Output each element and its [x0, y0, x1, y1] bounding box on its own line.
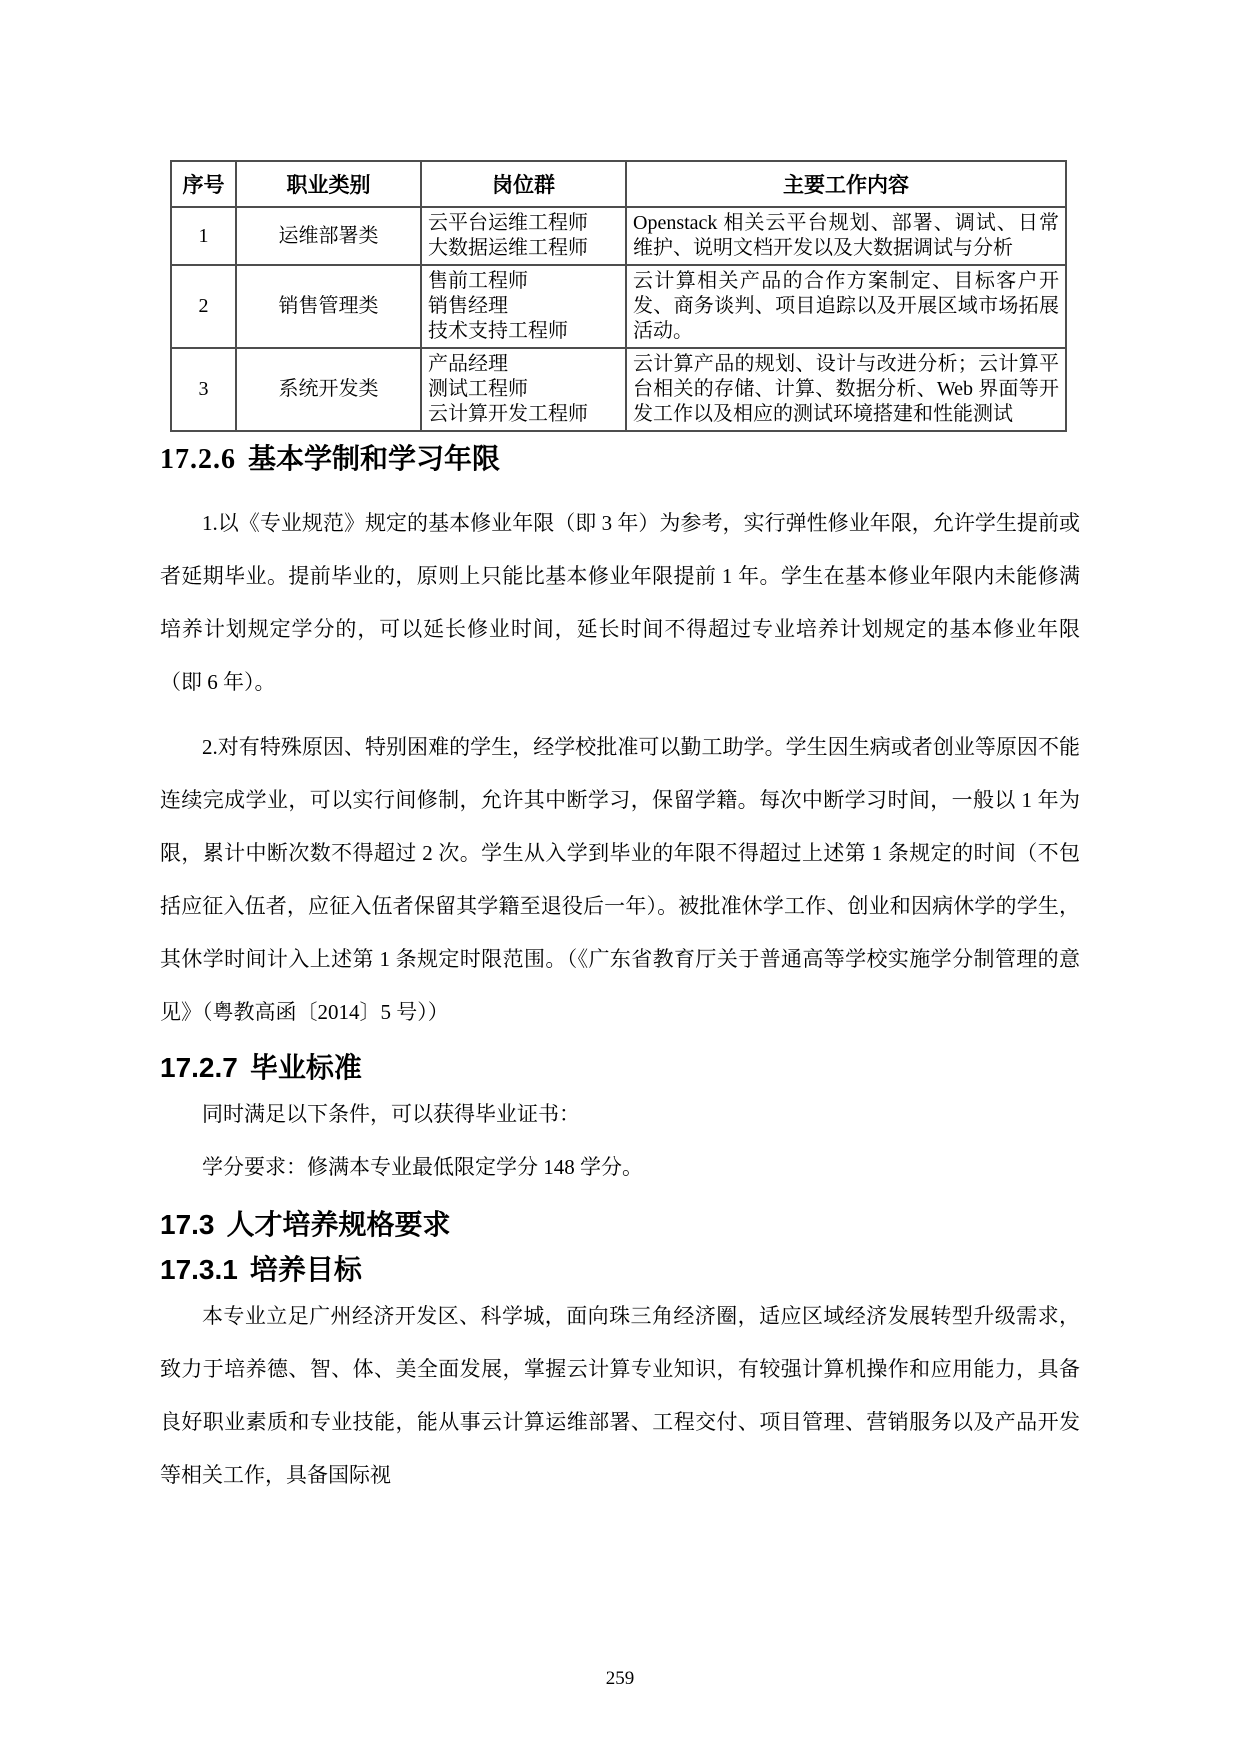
- cell-serial: 3: [171, 348, 236, 431]
- cell-positions: 售前工程师 销售经理 技术支持工程师: [421, 265, 626, 348]
- section-heading-17-3: 17.3人才培养规格要求: [160, 1206, 1080, 1245]
- position-line: 大数据运维工程师: [428, 236, 619, 261]
- paragraph-study-duration-1: 1.以《专业规范》规定的基本修业年限（即 3 年）为参考，实行弹性修业年限，允许…: [160, 497, 1080, 709]
- position-line: 云平台运维工程师: [428, 211, 619, 236]
- table-header-row: 序号 职业类别 岗位群 主要工作内容: [171, 161, 1066, 207]
- cell-serial: 1: [171, 207, 236, 265]
- header-occupation-category: 职业类别: [236, 161, 421, 207]
- section-title: 培养目标: [250, 1254, 362, 1285]
- table-row: 3 系统开发类 产品经理 测试工程师 云计算开发工程师 云计算产品的规划、设计与…: [171, 348, 1066, 431]
- cell-category: 销售管理类: [236, 265, 421, 348]
- cell-duties: Openstack 相关云平台规划、部署、调试、日常维护、说明文档开发以及大数据…: [626, 207, 1066, 265]
- paragraph-graduation-condition: 同时满足以下条件，可以获得毕业证书：: [160, 1088, 1080, 1141]
- position-line: 售前工程师: [428, 269, 619, 294]
- section-title: 基本学制和学习年限: [248, 443, 500, 474]
- paragraph-training-objective: 本专业立足广州经济开发区、科学城，面向珠三角经济圈，适应区域经济发展转型升级需求…: [160, 1290, 1080, 1502]
- cell-positions: 产品经理 测试工程师 云计算开发工程师: [421, 348, 626, 431]
- position-line: 云计算开发工程师: [428, 402, 619, 427]
- cell-serial: 2: [171, 265, 236, 348]
- cell-category: 运维部署类: [236, 207, 421, 265]
- paragraph-study-duration-2: 2.对有特殊原因、特别困难的学生，经学校批准可以勤工助学。学生因生病或者创业等原…: [160, 721, 1080, 1039]
- section-heading-17-2-7: 17.2.7毕业标准: [160, 1049, 1080, 1088]
- header-position-group: 岗位群: [421, 161, 626, 207]
- position-line: 销售经理: [428, 294, 619, 319]
- cell-duties: 云计算相关产品的合作方案制定、目标客户开发、商务谈判、项目追踪以及开展区域市场拓…: [626, 265, 1066, 348]
- job-categories-table: 序号 职业类别 岗位群 主要工作内容 1 运维部署类 云平台运维工程师 大数据运…: [170, 160, 1067, 432]
- table-row: 1 运维部署类 云平台运维工程师 大数据运维工程师 Openstack 相关云平…: [171, 207, 1066, 265]
- cell-positions: 云平台运维工程师 大数据运维工程师: [421, 207, 626, 265]
- section-number: 17.3.1: [160, 1254, 238, 1285]
- paragraph-credit-requirement: 学分要求：修满本专业最低限定学分 148 学分。: [160, 1141, 1080, 1194]
- cell-category: 系统开发类: [236, 348, 421, 431]
- position-line: 技术支持工程师: [428, 319, 619, 344]
- document-page: 序号 职业类别 岗位群 主要工作内容 1 运维部署类 云平台运维工程师 大数据运…: [0, 0, 1240, 1753]
- section-number: 17.2.6: [160, 444, 236, 475]
- header-main-duties: 主要工作内容: [626, 161, 1066, 207]
- section-title: 人才培养规格要求: [227, 1209, 451, 1240]
- section-heading-17-2-6: 17.2.6基本学制和学习年限: [160, 440, 1080, 479]
- cell-duties: 云计算产品的规划、设计与改进分析；云计算平台相关的存储、计算、数据分析、Web …: [626, 348, 1066, 431]
- section-title: 毕业标准: [250, 1052, 362, 1083]
- page-content: 序号 职业类别 岗位群 主要工作内容 1 运维部署类 云平台运维工程师 大数据运…: [160, 160, 1080, 1502]
- position-line: 测试工程师: [428, 377, 619, 402]
- section-number: 17.2.7: [160, 1052, 238, 1083]
- header-serial-number: 序号: [171, 161, 236, 207]
- section-heading-17-3-1: 17.3.1培养目标: [160, 1251, 1080, 1290]
- section-number: 17.3: [160, 1209, 215, 1240]
- table-row: 2 销售管理类 售前工程师 销售经理 技术支持工程师 云计算相关产品的合作方案制…: [171, 265, 1066, 348]
- page-number: 259: [0, 1668, 1240, 1690]
- position-line: 产品经理: [428, 352, 619, 377]
